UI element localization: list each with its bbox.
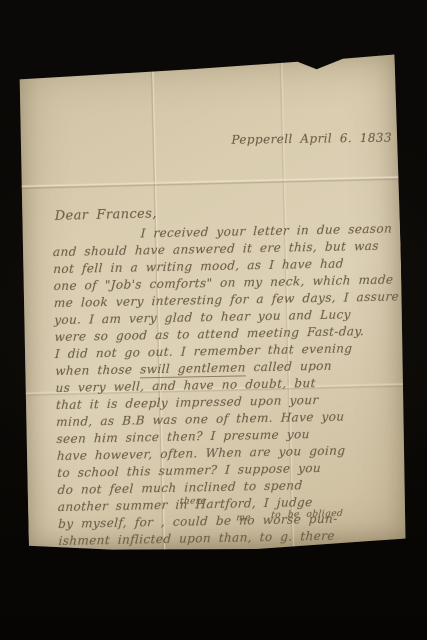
letter-body: I received your letter in due seasonand … bbox=[52, 221, 393, 550]
photo-background: Pepperell April 6. 1833 Dear Frances, I … bbox=[0, 0, 427, 640]
letter-dateline: Pepperell April 6. 1833 bbox=[19, 131, 392, 150]
letter-salutation: Dear Frances, bbox=[55, 206, 157, 223]
interline-insert-obliged: to be obliged bbox=[271, 510, 344, 521]
interline-insert-me: me bbox=[236, 514, 251, 523]
underlined-phrase: swill gentlemen bbox=[140, 360, 247, 378]
fold-crease-horizontal-upper bbox=[20, 175, 399, 189]
interline-insert-there: there bbox=[179, 497, 206, 507]
letter-paper: Pepperell April 6. 1833 Dear Frances, I … bbox=[17, 54, 408, 556]
